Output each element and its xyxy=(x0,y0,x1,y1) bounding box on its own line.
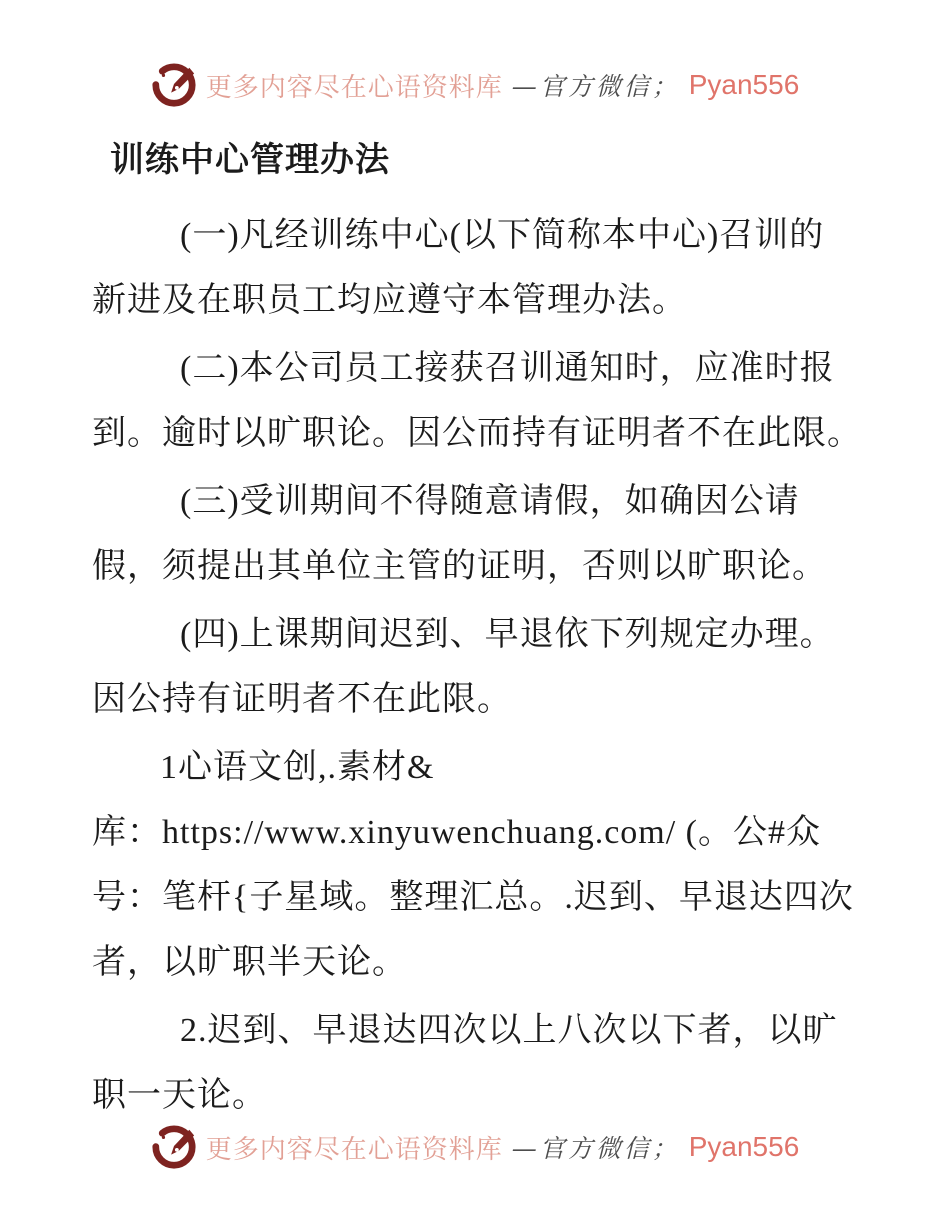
pen-swirl-logo-icon xyxy=(151,62,197,108)
footer-watermark: 更多内容尽在心语资料库 —官方微信； Pyan556 xyxy=(0,1124,950,1230)
watermark-brand-text: 更多内容尽在心语资料库 xyxy=(206,1129,503,1166)
paragraph-line: 因公持有证明者不在此限。 xyxy=(92,667,858,732)
document-title: 训练中心管理办法 xyxy=(92,128,858,193)
paragraph-6: 2.迟到、早退达四次以上八次以下者，以旷 职一天论。 xyxy=(92,998,858,1124)
paragraph-line: (一)凡经训练中心(以下简称本中心)召训的 xyxy=(92,203,858,268)
paragraph-line: (四)上课期间迟到、早退依下列规定办理。 xyxy=(92,602,858,667)
paragraph-line: 2.迟到、早退达四次以上八次以下者，以旷 xyxy=(92,998,858,1063)
pen-swirl-logo-icon xyxy=(151,1124,197,1170)
paragraph-3: (三)受训期间不得随意请假，如确因公请 假，须提出其单位主管的证明，否则以旷职论… xyxy=(92,469,858,599)
paragraph-line: (二)本公司员工接获召训通知时，应准时报 xyxy=(92,336,858,401)
watermark-wechat-label: —官方微信； xyxy=(512,67,680,103)
watermark-wechat-id: Pyan556 xyxy=(689,69,800,101)
document-page: 训练中心管理办法 (一)凡经训练中心(以下简称本中心)召训的 新进及在职员工均应… xyxy=(92,128,858,1124)
paragraph-2: (二)本公司员工接获召训通知时，应准时报 到。逾时以旷职论。因公而持有证明者不在… xyxy=(92,336,858,466)
paragraph-line: 假，须提出其单位主管的证明，否则以旷职论。 xyxy=(92,534,858,599)
paragraph-1: (一)凡经训练中心(以下简称本中心)召训的 新进及在职员工均应遵守本管理办法。 xyxy=(92,203,858,333)
paragraph-line: 到。逾时以旷职论。因公而持有证明者不在此限。 xyxy=(92,401,858,466)
watermark-wechat-label: —官方微信； xyxy=(512,1129,680,1165)
paragraph-line: 职一天论。 xyxy=(92,1063,858,1124)
watermark-wechat-id: Pyan556 xyxy=(689,1131,800,1163)
paragraph-line: (三)受训期间不得随意请假，如确因公请 xyxy=(92,469,858,534)
watermark-brand-text: 更多内容尽在心语资料库 xyxy=(206,67,503,104)
paragraph-line: 1心语文创,.素材& xyxy=(92,735,858,800)
paragraph-line: 号：笔杆{子星域。整理汇总。.迟到、早退达四次 xyxy=(92,865,858,930)
paragraph-line: 者，以旷职半天论。 xyxy=(92,930,858,995)
paragraph-line-url: 库：https://www.xinyuwenchuang.com/ (。公#众 xyxy=(92,800,858,865)
paragraph-4: (四)上课期间迟到、早退依下列规定办理。 因公持有证明者不在此限。 xyxy=(92,602,858,732)
paragraph-line: 新进及在职员工均应遵守本管理办法。 xyxy=(92,268,858,333)
header-watermark: 更多内容尽在心语资料库 —官方微信； Pyan556 xyxy=(0,0,950,108)
paragraph-5: 1心语文创,.素材& 库：https://www.xinyuwenchuang.… xyxy=(92,735,858,995)
